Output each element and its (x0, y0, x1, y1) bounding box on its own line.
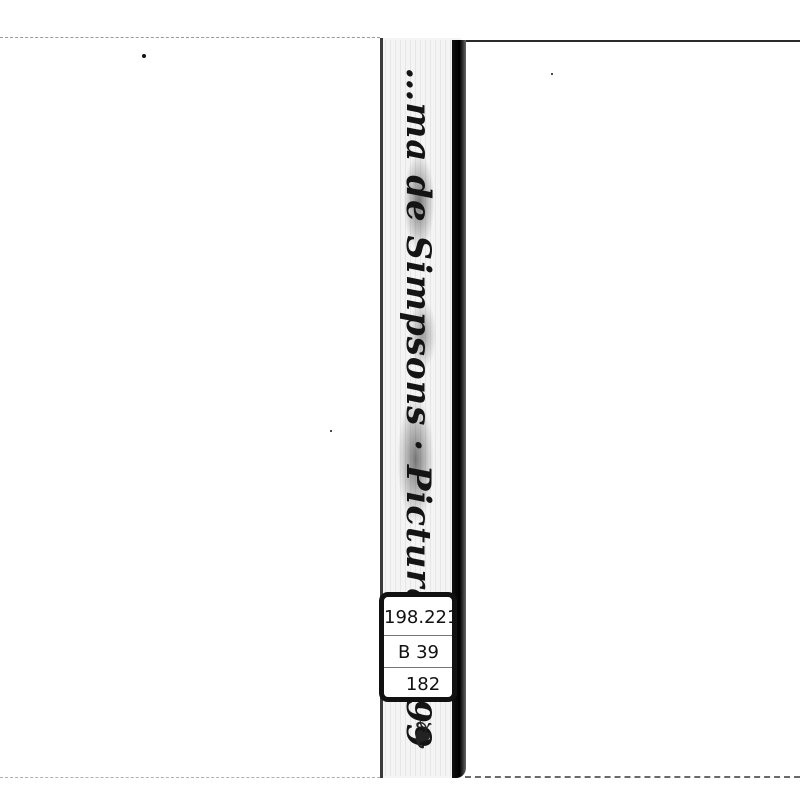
call-number-line-1: 198.221 (384, 601, 452, 634)
right-page-bottom-edge (455, 776, 800, 778)
left-page-top-edge (0, 37, 380, 38)
scan-speck (142, 54, 146, 58)
call-number-label: 198.221 B 39 182 (379, 592, 457, 702)
scanned-page: …ma de Simpsons · Pictura · 1599 198.221… (0, 0, 800, 800)
spine-ornament-icon: ❧ (395, 718, 445, 768)
call-number-line-2: B 39 (384, 635, 452, 669)
left-page-bottom-edge (0, 777, 380, 778)
scan-speck (551, 73, 553, 75)
call-number-line-3: 182 (384, 667, 452, 701)
right-page-top-edge (455, 40, 800, 42)
scan-speck (330, 430, 332, 432)
